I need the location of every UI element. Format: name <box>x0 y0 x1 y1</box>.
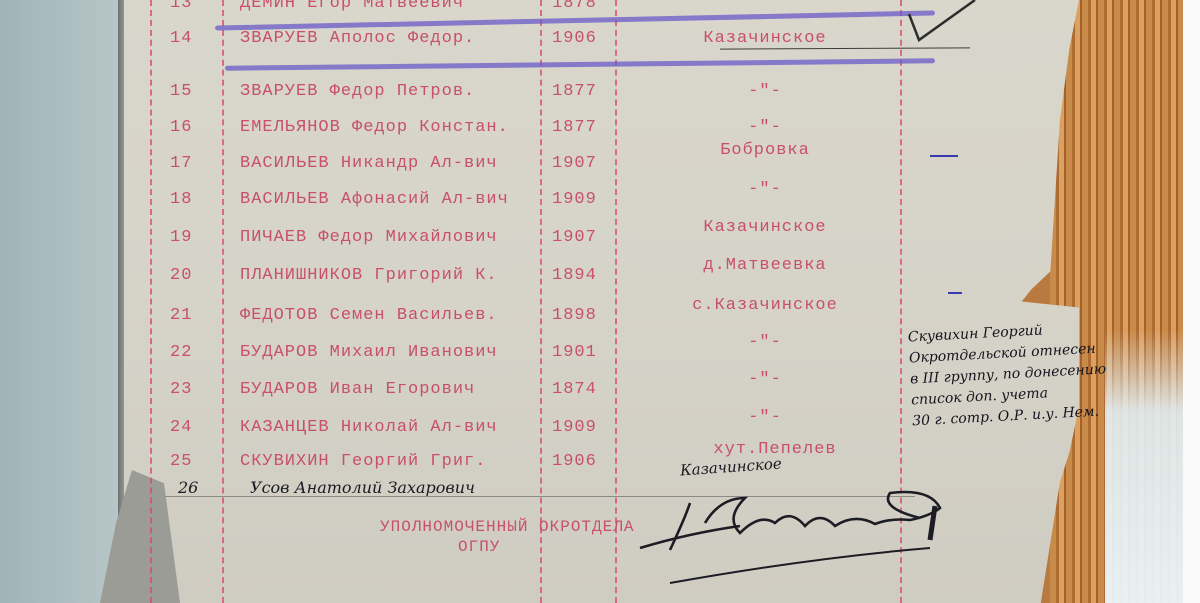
row-place: Казачинское <box>630 218 900 237</box>
row-name: ПЛАНИШНИКОВ Григорий К. <box>240 266 498 285</box>
row-number: 24 <box>170 418 200 437</box>
row-number: 14 <box>170 29 200 48</box>
row-name: ДЕМИН Егор Матвеевич <box>240 0 464 13</box>
row-name: СКУВИХИН Георгий Григ. <box>240 452 486 471</box>
row-number-handwritten: 26 <box>178 478 198 497</box>
row-name: ПИЧАЕВ Федор Михайлович <box>240 228 498 247</box>
row-place: Бобровка <box>630 141 900 160</box>
column-rule-year <box>615 0 617 603</box>
row-year: 1874 <box>552 380 597 399</box>
row-year: 1878 <box>552 0 597 13</box>
row-number: 23 <box>170 380 200 399</box>
row-name: ВАСИЛЬЕВ Афонасий Ал-вич <box>240 190 509 209</box>
row-year: 1909 <box>552 190 597 209</box>
left-facing-page <box>0 0 125 603</box>
row-place: д.Матвеевка <box>630 256 900 275</box>
pencil-mark <box>930 155 958 157</box>
row-name: БУДАРОВ Михаил Иванович <box>240 343 498 362</box>
row-number: 19 <box>170 228 200 247</box>
row-name: ЗВАРУЕВ Федор Петров. <box>240 82 475 101</box>
row-name: ЗВАРУЕВ Аполос Федор. <box>240 29 475 48</box>
row-number: 25 <box>170 452 200 471</box>
row-number: 21 <box>170 306 200 325</box>
row-number: 20 <box>170 266 200 285</box>
row-year: 1898 <box>552 306 597 325</box>
row-number: 22 <box>170 343 200 362</box>
row-number: 18 <box>170 190 200 209</box>
row-name: ЕМЕЛЬЯНОВ Федор Констан. <box>240 118 509 137</box>
row-name: КАЗАНЦЕВ Николай Ал-вич <box>240 418 498 437</box>
row-name-handwritten: Усов Анатолий Захарович <box>250 478 475 497</box>
column-rule-num <box>222 0 224 603</box>
row-year: 1877 <box>552 82 597 101</box>
row-place: -"- <box>630 333 900 352</box>
column-rule-name <box>540 0 542 603</box>
column-rule-left <box>150 0 152 603</box>
footer-subtitle: ОГПУ <box>458 538 500 556</box>
row-year: 1909 <box>552 418 597 437</box>
row-year: 1906 <box>552 29 597 48</box>
row-place: -"- <box>630 180 900 199</box>
row-place: -"- <box>630 408 900 427</box>
row-year: 1894 <box>552 266 597 285</box>
image-edge-strip <box>1183 0 1200 603</box>
row-number: 17 <box>170 154 200 173</box>
row-year: 1877 <box>552 118 597 137</box>
row-year: 1906 <box>552 452 597 471</box>
row-name: БУДАРОВ Иван Егорович <box>240 380 475 399</box>
row-place: -"- <box>630 82 900 101</box>
row-name: ВАСИЛЬЕВ Никандр Ал-вич <box>240 154 498 173</box>
row-year: 1901 <box>552 343 597 362</box>
row-name: ФЕДОТОВ Семен Васильев. <box>240 306 498 325</box>
row-number: 16 <box>170 118 200 137</box>
row-place: с.Казачинское <box>630 296 900 315</box>
row-year: 1907 <box>552 154 597 173</box>
row-place: -"- <box>630 370 900 389</box>
pencil-mark <box>948 292 962 294</box>
margin-note: Скувихин Георгий Окротдельской отнесен в… <box>907 317 1122 433</box>
row-place: Казачинское <box>630 29 900 48</box>
checkmark-icon <box>905 0 985 45</box>
row-year: 1907 <box>552 228 597 247</box>
row-place: -"- <box>630 118 900 137</box>
row-number: 13 <box>170 0 200 13</box>
row-number: 15 <box>170 82 200 101</box>
signature-icon <box>630 478 960 588</box>
footer-title: УПОЛНОМОЧЕННЫЙ ОКРОТДЕЛА <box>380 518 634 536</box>
